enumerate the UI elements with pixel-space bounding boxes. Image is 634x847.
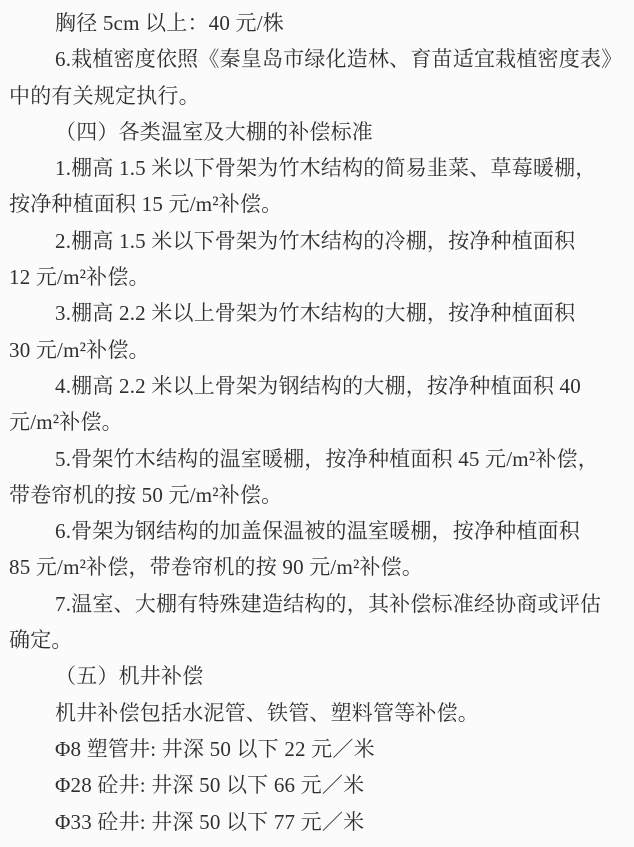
document-line: 6.栽植密度依照《秦皇岛市绿化造林、育苗适宜栽植密度表》 bbox=[9, 41, 626, 77]
document-line: 中的有关规定执行。 bbox=[9, 78, 626, 114]
document-line: Φ8 塑管井: 井深 50 以下 22 元／米 bbox=[9, 731, 626, 767]
document-line: 按净种植面积 15 元/m²补偿。 bbox=[9, 186, 626, 222]
document-line: 胸径 5cm 以上：40 元/株 bbox=[9, 5, 626, 41]
document-line: 确定。 bbox=[9, 622, 626, 658]
document-body: 胸径 5cm 以上：40 元/株6.栽植密度依照《秦皇岛市绿化造林、育苗适宜栽植… bbox=[9, 5, 626, 840]
document-line: 4.棚高 2.2 米以上骨架为钢结构的大棚，按净种植面积 40 bbox=[9, 368, 626, 404]
document-line: Φ28 砼井: 井深 50 以下 66 元／米 bbox=[9, 767, 626, 803]
document-line: 1.棚高 1.5 米以下骨架为竹木结构的简易韭菜、草莓暖棚， bbox=[9, 150, 626, 186]
document-line: 30 元/m²补偿。 bbox=[9, 332, 626, 368]
document-line: Φ33 砼井: 井深 50 以下 77 元／米 bbox=[9, 804, 626, 840]
document-line: （五）机井补偿 bbox=[9, 658, 626, 694]
document-line: 2.棚高 1.5 米以下骨架为竹木结构的冷棚，按净种植面积 bbox=[9, 223, 626, 259]
document-line: 3.棚高 2.2 米以上骨架为竹木结构的大棚，按净种植面积 bbox=[9, 295, 626, 331]
document-page: 胸径 5cm 以上：40 元/株6.栽植密度依照《秦皇岛市绿化造林、育苗适宜栽植… bbox=[0, 0, 634, 847]
document-line: 7.温室、大棚有特殊建造结构的，其补偿标准经协商或评估 bbox=[9, 586, 626, 622]
document-line: 元/m²补偿。 bbox=[9, 404, 626, 440]
document-line: 85 元/m²补偿，带卷帘机的按 90 元/m²补偿。 bbox=[9, 549, 626, 585]
document-line: 带卷帘机的按 50 元/m²补偿。 bbox=[9, 477, 626, 513]
document-line: 6.骨架为钢结构的加盖保温被的温室暖棚，按净种植面积 bbox=[9, 513, 626, 549]
document-line: 12 元/m²补偿。 bbox=[9, 259, 626, 295]
document-line: 5.骨架竹木结构的温室暖棚，按净种植面积 45 元/m²补偿， bbox=[9, 441, 626, 477]
document-line: （四）各类温室及大棚的补偿标准 bbox=[9, 114, 626, 150]
document-line: 机井补偿包括水泥管、铁管、塑料管等补偿。 bbox=[9, 695, 626, 731]
